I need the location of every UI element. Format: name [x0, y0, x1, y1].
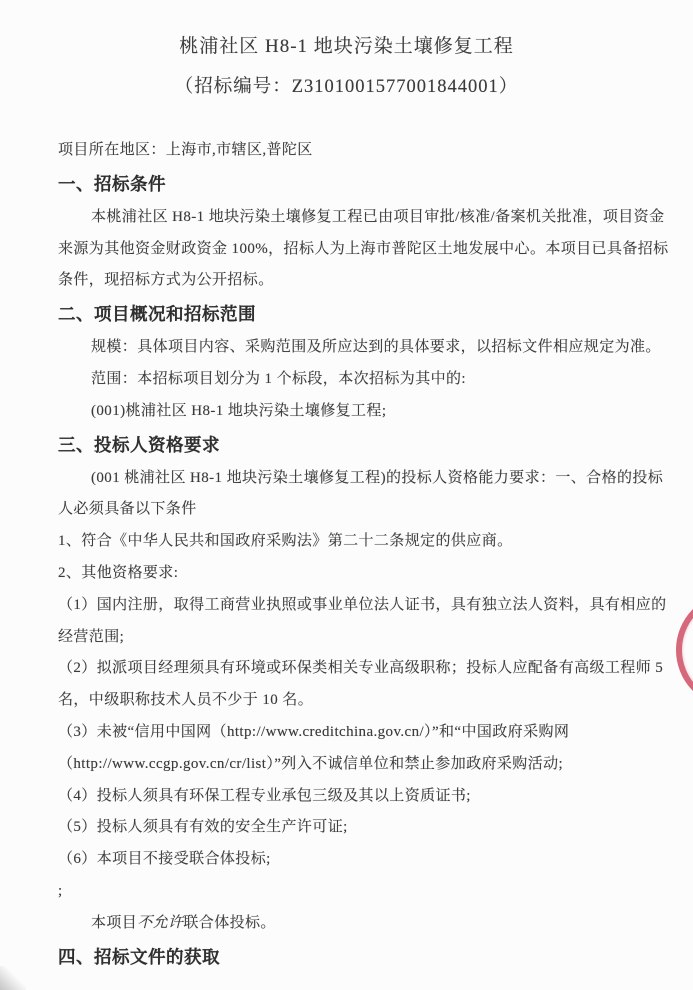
qualification-item-2-1-line-2: 经营范围;: [58, 622, 669, 654]
tender-number: （招标编号：Z3101001577001844001）: [0, 67, 693, 108]
qualification-intro-line-1: (001 桃浦社区 H8-1 地块污染土壤修复工程)的投标人资格能力要求：一、合…: [58, 463, 669, 495]
scanned-tender-document: 桃浦社区 H8-1 地块污染土壤修复工程 （招标编号：Z310100157700…: [0, 0, 693, 990]
document-body: 项目所在地区：上海市,市辖区,普陀区 一、招标条件 本桃浦社区 H8-1 地块污…: [0, 135, 693, 975]
qualification-item-2-4: （4）投标人须具有环保工程专业承包三级及其以上资质证书;: [58, 781, 669, 813]
qualification-intro-line-2: 人必须具备以下条件: [58, 494, 669, 526]
qualification-item-2-6: （6）本项目不接受联合体投标;: [58, 844, 669, 876]
qualification-item-2-3-line-2: （http://www.ccgp.gov.cn/cr/list）”列入不诚信单位…: [58, 749, 669, 781]
joint-bid-note-line: 本项目不允许联合体投标。: [58, 908, 669, 940]
scan-corner-shadow: [0, 966, 26, 990]
joint-bid-note-suffix: 联合体投标。: [183, 915, 275, 931]
qualification-item-2-5: （5）投标人须具有有效的安全生产许可证;: [58, 812, 669, 844]
bid-section-line: (001)桃浦社区 H8-1 地块污染土壤修复工程;: [58, 396, 669, 428]
section-4-heading: 四、招标文件的获取: [58, 940, 669, 975]
qualification-item-2-3-line-1: （3）未被“信用中国网（http://www.creditchina.gov.c…: [58, 717, 669, 749]
joint-bid-note-emphasis: 不允许: [137, 915, 183, 931]
scale-line: 规模：具体项目内容、采购范围及所应达到的具体要求，以招标文件相应规定为准。: [58, 332, 669, 364]
joint-bid-note-prefix: 本项目: [91, 915, 137, 931]
document-title: 桃浦社区 H8-1 地块污染土壤修复工程: [0, 27, 693, 67]
qualification-item-2-2-line-1: （2）拟派项目经理须具有环境或环保类相关专业高级职称；投标人应配备有高级工程师 …: [58, 653, 669, 685]
stray-semicolon-line: ;: [58, 876, 669, 908]
title-block: 桃浦社区 H8-1 地块污染土壤修复工程 （招标编号：Z310100157700…: [0, 0, 693, 108]
section-1-heading: 一、招标条件: [58, 167, 669, 202]
qualification-item-2-1-line-1: （1）国内注册，取得工商营业执照或事业单位法人证书，具有独立法人资料，具有相应的: [58, 590, 669, 622]
section-1-paragraph-line-3: 条件，现招标方式为公开招标。: [58, 265, 669, 297]
qualification-item-2: 2、其他资格要求:: [58, 558, 669, 590]
section-1-paragraph-line-2: 来源为其他资金财政资金 100%，招标人为上海市普陀区土地发展中心。本项目已具备…: [58, 234, 669, 266]
section-1-paragraph-line-1: 本桃浦社区 H8-1 地块污染土壤修复工程已由项目审批/核准/备案机关批准，项目…: [58, 202, 669, 234]
scope-line: 范围：本招标项目划分为 1 个标段，本次招标为其中的:: [58, 364, 669, 396]
section-2-heading: 二、项目概况和招标范围: [58, 297, 669, 332]
qualification-item-2-2-line-2: 名，中级职称技术人员不少于 10 名。: [58, 685, 669, 717]
qualification-item-1: 1、符合《中华人民共和国政府采购法》第二十二条规定的供应商。: [58, 526, 669, 558]
project-location-line: 项目所在地区：上海市,市辖区,普陀区: [58, 135, 669, 167]
section-3-heading: 三、投标人资格要求: [58, 428, 669, 463]
